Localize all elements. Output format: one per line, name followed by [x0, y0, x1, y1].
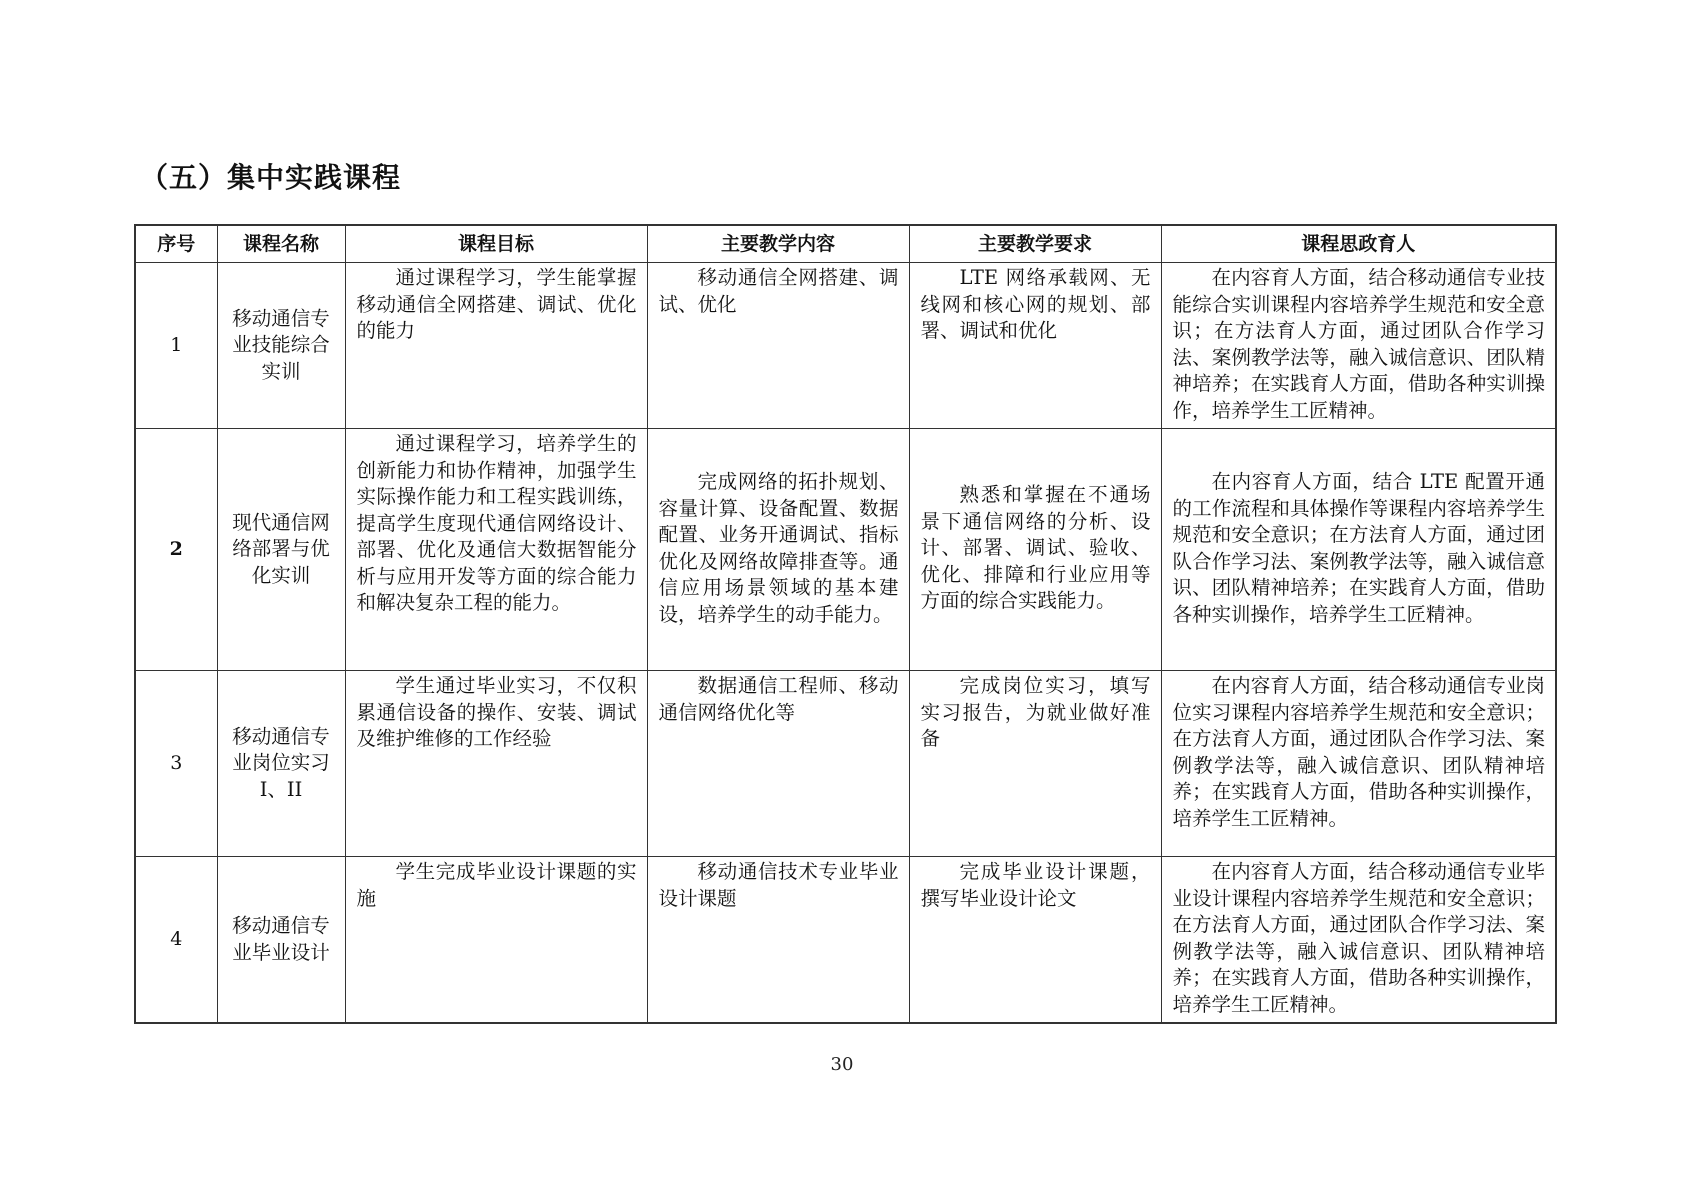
header-number: 序号: [135, 225, 217, 263]
ideology-education: 在内容育人方面，结合 LTE 配置开通的工作流程和具体操作等课程内容培养学生规范…: [1161, 429, 1556, 671]
row-number: 2: [135, 429, 217, 671]
section-title: （五）集中实践课程: [140, 156, 401, 196]
teaching-content-text: 数据通信工程师、移动通信网络优化等: [659, 673, 899, 726]
teaching-content-text: 移动通信技术专业毕业设计课题: [659, 859, 899, 912]
course-goal-text: 通过课程学习，培养学生的创新能力和协作精神，加强学生实际操作能力和工程实践训练，…: [357, 431, 637, 617]
teaching-content-text: 完成网络的拓扑规划、容量计算、设备配置、数据配置、业务开通调试、指标优化及网络故…: [659, 469, 899, 628]
course-goal: 学生完成毕业设计课题的实施: [345, 857, 647, 1024]
teaching-requirement: 完成岗位实习，填写实习报告，为就业做好准备: [909, 671, 1161, 857]
teaching-content: 移动通信技术专业毕业设计课题: [647, 857, 909, 1024]
course-name: 移动通信专业毕业设计: [217, 857, 345, 1024]
course-goal: 通过课程学习，培养学生的创新能力和协作精神，加强学生实际操作能力和工程实践训练，…: [345, 429, 647, 671]
teaching-content-text: 移动通信全网搭建、调试、优化: [659, 265, 899, 318]
teaching-content: 移动通信全网搭建、调试、优化: [647, 263, 909, 429]
ideology-education-text: 在内容育人方面，结合移动通信专业岗位实习课程内容培养学生规范和安全意识；在方法育…: [1173, 673, 1546, 832]
teaching-requirement: 完成毕业设计课题，撰写毕业设计论文: [909, 857, 1161, 1024]
teaching-content: 数据通信工程师、移动通信网络优化等: [647, 671, 909, 857]
table-row: 4 移动通信专业毕业设计 学生完成毕业设计课题的实施 移动通信技术专业毕业设计课…: [135, 857, 1556, 1024]
row-number: 4: [135, 857, 217, 1024]
ideology-education: 在内容育人方面，结合移动通信专业毕业设计课程内容培养学生规范和安全意识；在方法育…: [1161, 857, 1556, 1024]
page-number: 30: [0, 1054, 1684, 1075]
course-goal-text: 学生通过毕业实习，不仅积累通信设备的操作、安装、调试及维护维修的工作经验: [357, 673, 637, 753]
practice-course-table: 序号 课程名称 课程目标 主要教学内容 主要教学要求 课程思政育人 1 移动通信…: [134, 224, 1557, 1024]
ideology-education: 在内容育人方面，结合移动通信专业技能综合实训课程内容培养学生规范和安全意识；在方…: [1161, 263, 1556, 429]
course-name: 现代通信网络部署与优化实训: [217, 429, 345, 671]
ideology-education-text: 在内容育人方面，结合 LTE 配置开通的工作流程和具体操作等课程内容培养学生规范…: [1173, 469, 1546, 628]
teaching-requirement-text: LTE 网络承载网、无线网和核心网的规划、部署、调试和优化: [921, 265, 1151, 345]
row-number: 1: [135, 263, 217, 429]
teaching-requirement-text: 完成毕业设计课题，撰写毕业设计论文: [921, 859, 1151, 912]
header-ideology-education: 课程思政育人: [1161, 225, 1556, 263]
teaching-requirement-text: 完成岗位实习，填写实习报告，为就业做好准备: [921, 673, 1151, 753]
teaching-content: 完成网络的拓扑规划、容量计算、设备配置、数据配置、业务开通调试、指标优化及网络故…: [647, 429, 909, 671]
teaching-requirement: 熟悉和掌握在不通场景下通信网络的分析、设计、部署、调试、验收、优化、排障和行业应…: [909, 429, 1161, 671]
table-header-row: 序号 课程名称 课程目标 主要教学内容 主要教学要求 课程思政育人: [135, 225, 1556, 263]
teaching-requirement-text: 熟悉和掌握在不通场景下通信网络的分析、设计、部署、调试、验收、优化、排障和行业应…: [921, 482, 1151, 615]
course-name: 移动通信专业岗位实习 I、II: [217, 671, 345, 857]
ideology-education-text: 在内容育人方面，结合移动通信专业毕业设计课程内容培养学生规范和安全意识；在方法育…: [1173, 859, 1546, 1018]
header-course-goal: 课程目标: [345, 225, 647, 263]
header-teaching-requirement: 主要教学要求: [909, 225, 1161, 263]
course-goal-text: 通过课程学习，学生能掌握移动通信全网搭建、调试、优化的能力: [357, 265, 637, 345]
table-row: 2 现代通信网络部署与优化实训 通过课程学习，培养学生的创新能力和协作精神，加强…: [135, 429, 1556, 671]
row-number: 3: [135, 671, 217, 857]
teaching-requirement: LTE 网络承载网、无线网和核心网的规划、部署、调试和优化: [909, 263, 1161, 429]
header-course-name: 课程名称: [217, 225, 345, 263]
course-goal-text: 学生完成毕业设计课题的实施: [357, 859, 637, 912]
ideology-education-text: 在内容育人方面，结合移动通信专业技能综合实训课程内容培养学生规范和安全意识；在方…: [1173, 265, 1546, 424]
course-goal: 学生通过毕业实习，不仅积累通信设备的操作、安装、调试及维护维修的工作经验: [345, 671, 647, 857]
course-name: 移动通信专业技能综合实训: [217, 263, 345, 429]
table-row: 1 移动通信专业技能综合实训 通过课程学习，学生能掌握移动通信全网搭建、调试、优…: [135, 263, 1556, 429]
ideology-education: 在内容育人方面，结合移动通信专业岗位实习课程内容培养学生规范和安全意识；在方法育…: [1161, 671, 1556, 857]
course-goal: 通过课程学习，学生能掌握移动通信全网搭建、调试、优化的能力: [345, 263, 647, 429]
table-row: 3 移动通信专业岗位实习 I、II 学生通过毕业实习，不仅积累通信设备的操作、安…: [135, 671, 1556, 857]
header-teaching-content: 主要教学内容: [647, 225, 909, 263]
